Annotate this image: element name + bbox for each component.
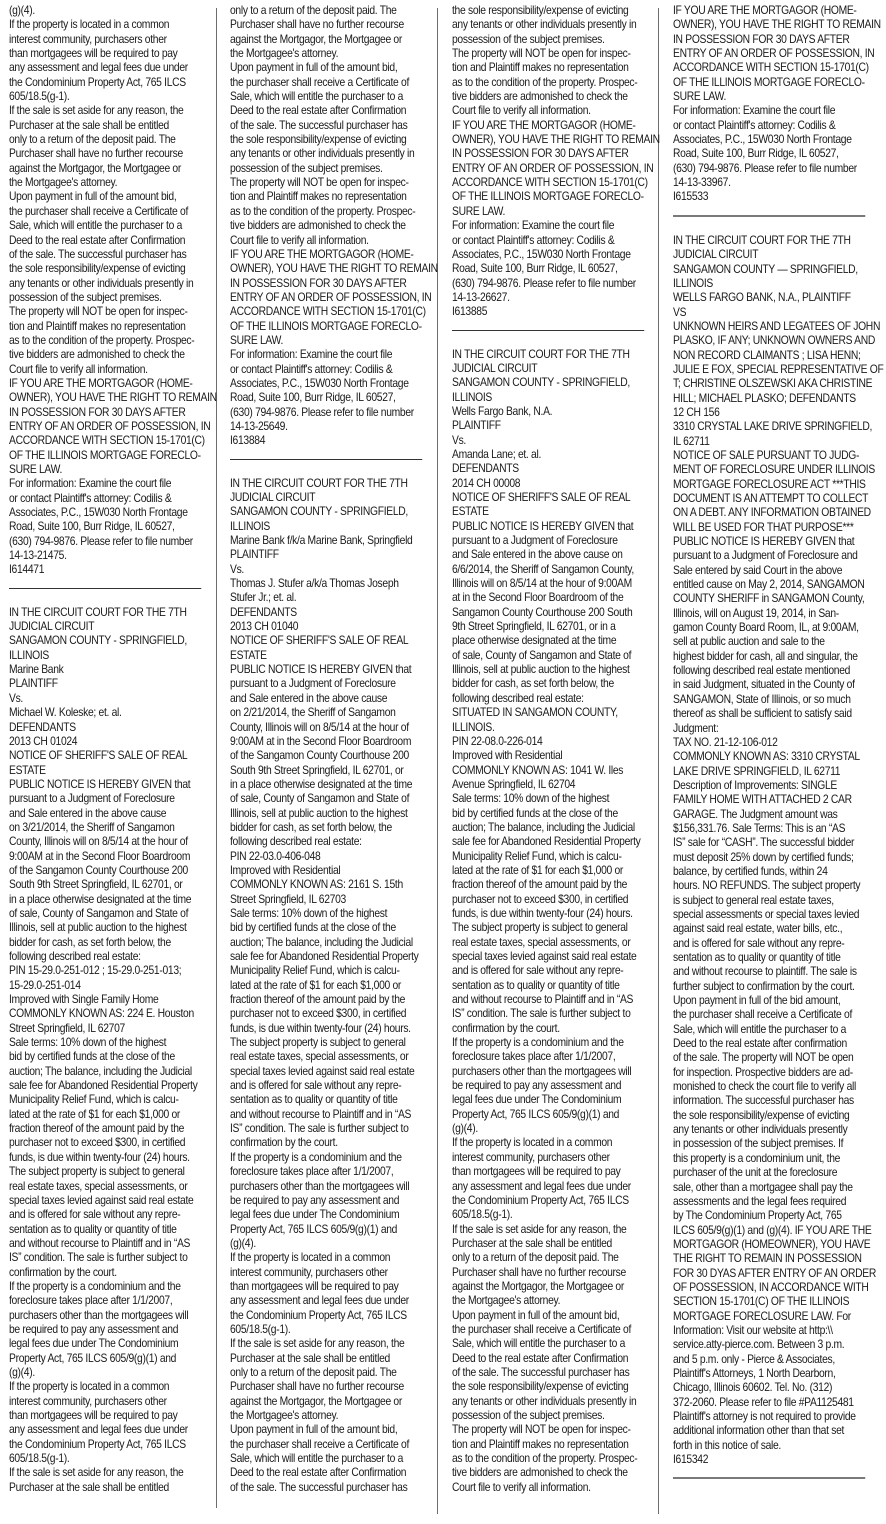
notice-text-line: purchaser not to exceed $300, in certifi… <box>230 1007 428 1021</box>
notice-text-line: IS” sale for “CASH”. The successful bidd… <box>673 836 872 850</box>
notice-text-line: For information: Examine the court file <box>673 104 872 118</box>
notice-text-line: sentation as to quality or quantity of t… <box>9 1223 207 1237</box>
notice-text-line: Upon payment in full of the amount bid, <box>230 61 428 75</box>
notice-text-line: lated at the rate of $1 for each $1,000 … <box>9 1108 207 1122</box>
notice-text-line: 3310 CRYSTAL LAKE DRIVE SPRINGFIELD, <box>673 420 872 434</box>
notice-text-line: Avenue Springfield, IL 62704 <box>452 778 650 792</box>
notice-text-line: funds, is due within twenty-four (24) ho… <box>452 907 650 921</box>
notice-text-line: WILL BE USED FOR THAT PURPOSE*** <box>673 521 872 535</box>
notice-text-line: Vs. <box>230 563 428 577</box>
notice-text-line: possession of the subject premises. <box>452 1409 650 1423</box>
notice-text-line: PIN 22-08.0-226-014 <box>452 735 650 749</box>
notice-text-line: IS” condition. The sale is further subje… <box>9 1251 207 1265</box>
notice-text-line: than mortgagees will be required to pay <box>452 1165 650 1179</box>
notice-text-line: ACCORDANCE WITH SECTION 15-1701(C) <box>9 434 207 448</box>
notice-text-line: purchasers other than the mortgagees wil… <box>452 1065 650 1079</box>
notice-text-line: sentation as to quality or quantity of t… <box>452 979 650 993</box>
notice-text-line: Description of Improvements: SINGLE <box>673 779 872 793</box>
notice-text-line: hours. NO REFUNDS. The subject property <box>673 879 872 893</box>
notice-text-line: SURE LAW. <box>230 334 428 348</box>
notice-text-line: ILLINOIS <box>452 391 650 405</box>
notice-text-line: Judgment: <box>673 722 872 736</box>
notice-text-line: by The Condominium Property Act, 765 <box>673 1209 872 1223</box>
notice-text-line: Court file to verify all information. <box>9 363 207 377</box>
notice-text-line: TAX NO. 21-12-106-012 <box>673 736 872 750</box>
notice-text-line: the sole responsibility/expense of evict… <box>9 262 207 276</box>
notice-text-line: the purchaser shall receive a Certificat… <box>230 1438 428 1452</box>
notice-text-line: the sole responsibility/expense of evict… <box>230 133 428 147</box>
notice-text-line: than mortgagees will be required to pay <box>230 1280 428 1294</box>
notice-text-line: sentation as to quality or quantity of t… <box>230 1093 428 1107</box>
notice-text-line: foreclosure takes place after 1/1/2007, <box>9 1294 207 1308</box>
notice-text-line: confirmation by the court. <box>9 1266 207 1280</box>
notice-text-line: this property is a condominium unit, the <box>673 1152 872 1166</box>
notice-text-line: against said real estate, water bills, e… <box>673 922 872 936</box>
notice-divider <box>9 588 201 589</box>
notice-text-line: Court file to verify all information. <box>452 104 650 118</box>
notice-text-line: Sale terms: 10% down of the highest <box>452 792 650 806</box>
notice-text-line: Amanda Lane; et. al. <box>452 448 650 462</box>
notice-text-line: or contact Plaintiff's attorney: Codilis… <box>452 234 650 248</box>
notice-text-line: Upon payment in full of the amount bid, <box>452 1309 650 1323</box>
notice-text-line: SITUATED IN SANGAMON COUNTY, <box>452 706 650 720</box>
notice-text-line: JUDICIAL CIRCUIT <box>230 491 428 505</box>
notice-text-line: NON RECORD CLAIMANTS ; LISA HENN; <box>673 349 872 363</box>
notice-text-line: Sale, which will entitle the purchaser t… <box>9 219 207 233</box>
notice-text-line: The property will NOT be open for inspec… <box>452 1423 650 1437</box>
notice-text-line: auction; The balance, including the Judi… <box>230 936 428 950</box>
notice-text-line: OWNER), YOU HAVE THE RIGHT TO REMAIN <box>452 133 650 147</box>
notice-text-line: The subject property is subject to gener… <box>230 1036 428 1050</box>
column-rule-3 <box>658 8 659 1514</box>
notice-text-line: against the Mortgagor, the Mortgagee or <box>230 1395 428 1409</box>
notice-text-line: Sale, which will entitle the purchaser t… <box>452 1337 650 1351</box>
notice-text-line: and without recourse to Plaintiff and in… <box>230 1108 428 1122</box>
notice-text-line: VS <box>673 306 872 320</box>
notice-text-line: of the sale. The property will NOT be op… <box>673 1051 872 1065</box>
notice-text-line: The property will NOT be open for inspec… <box>452 47 650 61</box>
notice-text-line: PLAINTIFF <box>452 419 650 433</box>
notice-text-line: ENTRY OF AN ORDER OF POSSESSION, IN <box>673 47 872 61</box>
notice-text-line: IF YOU ARE THE MORTGAGOR (HOME- <box>230 248 428 262</box>
notice-text-line: JUDICIAL CIRCUIT <box>452 362 650 376</box>
notice-text-line: Sale terms: 10% down of the highest <box>230 907 428 921</box>
notice-text-line: bid by certified funds at the close of t… <box>9 1050 207 1064</box>
notice-text-line: OF POSSESSION, IN ACCORDANCE WITH <box>673 1281 872 1295</box>
notice-text-line: I613885 <box>452 305 650 319</box>
notice-text-line: If the property is located in a common <box>230 1251 428 1265</box>
notice-text-line: 372-2060. Please refer to file #PA112548… <box>673 1396 872 1410</box>
notice-text-line: the purchaser shall receive a Certificat… <box>9 205 207 219</box>
notice-text-line: 6/6/2014, the Sheriff of Sangamon County… <box>452 563 650 577</box>
notice-text-line: and Sale entered in the above cause on <box>452 548 650 562</box>
notice-text-line: tive bidders are admonished to check the <box>452 1466 650 1480</box>
legal-notice: IN THE CIRCUIT COURT FOR THE 7THJUDICIAL… <box>230 477 428 1495</box>
notice-text-line: be required to pay any assessment and <box>9 1323 207 1337</box>
notice-text-line: T; CHRISTINE OLSZEWSKI AKA CHRISTINE <box>673 377 872 391</box>
notice-text-line: IN POSSESSION FOR 30 DAYS AFTER <box>230 277 428 291</box>
notice-text-line: Purchaser shall have no further recourse <box>230 1380 428 1394</box>
notice-text-line: If the property is a condominium and the <box>230 1151 428 1165</box>
notice-text-line: ENTRY OF AN ORDER OF POSSESSION, IN <box>452 162 650 176</box>
notice-text-line: Road, Suite 100, Burr Ridge, IL 60527, <box>230 391 428 405</box>
notice-text-line: PLASKO, IF ANY; UNKNOWN OWNERS AND <box>673 334 872 348</box>
notice-text-line: Stufer Jr.; et. al. <box>230 591 428 605</box>
notice-text-line: only to a return of the deposit paid. Th… <box>9 133 207 147</box>
notice-text-line: and is offered for sale without any repr… <box>452 964 650 978</box>
notice-text-line: and without recourse to Plaintiff and in… <box>9 1237 207 1251</box>
notice-text-line: any tenants or other individuals present… <box>452 18 650 32</box>
legal-notice-continuation: (g)(4).If the property is located in a c… <box>9 4 207 578</box>
notice-text-line: tion and Plaintiff makes no representati… <box>452 1438 650 1452</box>
notice-text-line: legal fees due under The Condominium <box>230 1208 428 1222</box>
notice-text-line: highest bidder for cash, all and singula… <box>673 650 872 664</box>
notice-text-line: ESTATE <box>230 649 428 663</box>
notice-text-line: The subject property is subject to gener… <box>9 1165 207 1179</box>
notice-text-line: COMMONLY KNOWN AS: 2161 S. 15th <box>230 878 428 892</box>
notice-text-line: Street Springfield, IL 62703 <box>230 893 428 907</box>
notice-text-line: Chicago, Illinois 60602. Tel. No. (312) <box>673 1381 872 1395</box>
notice-text-line: 14-13-26627. <box>452 291 650 305</box>
notice-text-line: purchaser not to exceed $300, in certifi… <box>452 893 650 907</box>
notice-text-line: IL 62711 <box>673 435 872 449</box>
notice-text-line: entitled cause on May 2, 2014, SANGAMON <box>673 578 872 592</box>
notice-text-line: 9:00AM at in the Second Floor Boardroom <box>9 850 207 864</box>
notice-text-line: as to the condition of the property. Pro… <box>452 1452 650 1466</box>
notice-text-line: any tenants or other individuals present… <box>452 1395 650 1409</box>
notice-text-line: Marine Bank <box>9 663 207 677</box>
notice-text-line: balance, by certified funds, within 24 <box>673 865 872 879</box>
notice-text-line: against the Mortgagor, the Mortgagee or <box>230 33 428 47</box>
notice-text-line: special taxes levied against said real e… <box>452 950 650 964</box>
notice-text-line: as to the condition of the property. Pro… <box>230 205 428 219</box>
notice-text-line: than mortgagees will be required to pay <box>9 47 207 61</box>
notice-text-line: 605/18.5(g-1). <box>452 1208 650 1222</box>
notice-text-line: If the sale is set aside for any reason,… <box>9 104 207 118</box>
notice-text-line: legal fees due under The Condominium <box>452 1093 650 1107</box>
notice-text-line: the purchaser shall receive a Certificat… <box>230 76 428 90</box>
notice-text-line: sentation as to quality or quantity of t… <box>673 951 872 965</box>
notice-text-line: than mortgagees will be required to pay <box>9 1409 207 1423</box>
notice-text-line: DEFENDANTS <box>230 606 428 620</box>
notice-text-line: Illinois, sell at public auction to the … <box>9 921 207 935</box>
notice-text-line: 12 CH 156 <box>673 406 872 420</box>
notice-text-line: $156,331.76. Sale Terms: This is an “AS <box>673 822 872 836</box>
notice-text-line: sale fee for Abandoned Residential Prope… <box>452 835 650 849</box>
notice-text-line: the sole responsibility/expense of evict… <box>673 1109 872 1123</box>
notice-text-line: any assessment and legal fees due under <box>230 1294 428 1308</box>
notice-text-line: (630) 794-9876. Please refer to file num… <box>9 535 207 549</box>
notice-text-line: of the sale. The successful purchaser ha… <box>9 248 207 262</box>
notice-text-line: of sale, County of Sangamon and State of <box>9 907 207 921</box>
notice-text-line: the purchaser shall receive a Certificat… <box>452 1323 650 1337</box>
notice-text-line: auction; The balance, including the Judi… <box>9 1065 207 1079</box>
notice-text-line: of the Sangamon County Courthouse 200 <box>230 749 428 763</box>
notice-text-line: and 5 p.m. only - Pierce & Associates, <box>673 1353 872 1367</box>
notice-text-line: COUNTY SHERIFF in SANGAMON County, <box>673 592 872 606</box>
notice-text-line: and Sale entered in the above cause <box>9 807 207 821</box>
notice-text-line: 2013 CH 01040 <box>230 620 428 634</box>
notice-text-line: as to the condition of the property. Pro… <box>452 76 650 90</box>
notice-text-line: possession of the subject premises. <box>452 33 650 47</box>
notice-text-line: the sole responsibility/expense of evict… <box>452 1380 650 1394</box>
notice-text-line: and is offered for sale without any repr… <box>673 937 872 951</box>
notice-text-line: Court file to verify all information. <box>452 1481 650 1495</box>
notice-text-line: SANGAMON COUNTY — SPRINGFIELD, <box>673 263 872 277</box>
notice-text-line: (g)(4). <box>9 4 207 18</box>
notice-text-line: 14-13-25649. <box>230 420 428 434</box>
notice-text-line: Property Act, 765 ILCS 605/9(g)(1) and <box>230 1223 428 1237</box>
notice-text-line: any tenants or other individuals present… <box>9 277 207 291</box>
notice-text-line: Purchaser shall have no further recourse <box>9 147 207 161</box>
notice-text-line: fraction thereof of the amount paid by t… <box>452 878 650 892</box>
notice-text-line: Improved with Residential <box>230 864 428 878</box>
notice-text-line: only to a return of the deposit paid. Th… <box>230 4 428 18</box>
notice-text-line: special taxes levied against said real e… <box>9 1194 207 1208</box>
notice-text-line: or contact Plaintiff's attorney: Codilis… <box>9 492 207 506</box>
notice-text-line: ENTRY OF AN ORDER OF POSSESSION, IN <box>9 420 207 434</box>
notice-text-line: DEFENDANTS <box>452 462 650 476</box>
notice-text-line: Deed to the real estate after Confirmati… <box>9 234 207 248</box>
notice-text-line: fraction thereof of the amount paid by t… <box>9 1122 207 1136</box>
notice-text-line: Deed to the real estate after Confirmati… <box>230 1466 428 1480</box>
notice-text-line: possession of the subject premises. <box>9 291 207 305</box>
notice-text-line: of the Sangamon County Courthouse 200 <box>9 864 207 878</box>
notice-text-line: following described real estate mentione… <box>673 664 872 678</box>
column-1: (g)(4).If the property is located in a c… <box>9 4 207 1495</box>
notice-text-line: the Condominium Property Act, 765 ILCS <box>452 1194 650 1208</box>
notice-text-line: the Mortgagee's attorney. <box>9 176 207 190</box>
notice-text-line: Purchaser at the sale shall be entitled <box>452 1237 650 1251</box>
notice-text-line: the purchaser shall receive a Certificat… <box>673 1008 872 1022</box>
notice-text-line: the Condominium Property Act, 765 ILCS <box>230 1309 428 1323</box>
notice-text-line: (g)(4). <box>230 1237 428 1251</box>
notice-text-line: South 9th Street Springfield, IL 62701, … <box>9 878 207 892</box>
notice-divider <box>230 459 422 460</box>
notice-text-line: If the property is located in a common <box>452 1136 650 1150</box>
notice-text-line: IF YOU ARE THE MORTGAGOR (HOME- <box>673 4 872 18</box>
notice-text-line: If the property is located in a common <box>9 1380 207 1394</box>
notice-text-line: If the sale is set aside for any reason,… <box>9 1466 207 1480</box>
notice-text-line: real estate taxes, special assessments, … <box>230 1050 428 1064</box>
notice-text-line: IS” condition. The sale is further subje… <box>230 1122 428 1136</box>
notice-text-line: Municipality Relief Fund, which is calcu… <box>9 1093 207 1107</box>
notice-text-line: Sale entered by said Court in the above <box>673 564 872 578</box>
legal-notices-page: (g)(4).If the property is located in a c… <box>0 0 886 1524</box>
notice-text-line: any assessment and legal fees due under <box>9 1423 207 1437</box>
notice-text-line: OF THE ILLINOIS MORTGAGE FORECLO- <box>673 76 872 90</box>
notice-text-line: Thomas J. Stufer a/k/a Thomas Joseph <box>230 577 428 591</box>
notice-text-line: 2014 CH 00008 <box>452 477 650 491</box>
notice-text-line: Municipality Relief Fund, which is calcu… <box>452 850 650 864</box>
notice-text-line: IN THE CIRCUIT COURT FOR THE 7TH <box>9 606 207 620</box>
notice-text-line: 605/18.5(g-1). <box>230 1323 428 1337</box>
notice-text-line: DEFENDANTS <box>9 721 207 735</box>
notice-text-line: only to a return of the deposit paid. Th… <box>230 1366 428 1380</box>
notice-text-line: For information: Examine the court file <box>230 348 428 362</box>
notice-text-line: 14-13-33967. <box>673 176 872 190</box>
column-4: IF YOU ARE THE MORTGAGOR (HOME-OWNER), Y… <box>673 4 872 1496</box>
legal-notice-continuation: the sole responsibility/expense of evict… <box>452 4 650 320</box>
legal-notice: IN THE CIRCUIT COURT FOR THE 7THJUDICIAL… <box>673 234 872 1468</box>
notice-text-line: or contact Plaintiff's attorney: Codilis… <box>673 119 872 133</box>
notice-text-line: on 3/21/2014, the Sheriff of Sangamon <box>9 821 207 835</box>
notice-text-line: IN THE CIRCUIT COURT FOR THE 7TH <box>673 234 872 248</box>
notice-text-line: FOR 30 DYAS AFTER ENTRY OF AN ORDER <box>673 1267 872 1281</box>
notice-text-line: bid by certified funds at the close of t… <box>230 921 428 935</box>
notice-text-line: Property Act, 765 ILCS 605/9(g)(1) and <box>452 1108 650 1122</box>
notice-text-line: auction; The balance, including the Judi… <box>452 821 650 835</box>
notice-text-line: Associates, P.C., 15W030 North Frontage <box>9 506 207 520</box>
notice-text-line: Sale terms: 10% down of the highest <box>9 1036 207 1050</box>
notice-text-line: Deed to the real estate after confirmati… <box>673 1037 872 1051</box>
notice-text-line: NOTICE OF SALE PURSUANT TO JUDG- <box>673 449 872 463</box>
notice-text-line: Associates, P.C., 15W030 North Frontage <box>452 248 650 262</box>
notice-text-line: 2013 CH 01024 <box>9 735 207 749</box>
notice-text-line: LAKE DRIVE SPRINGFIELD, IL 62711 <box>673 765 872 779</box>
notice-text-line: OF THE ILLINOIS MORTGAGE FORECLO- <box>452 190 650 204</box>
notice-text-line: lated at the rate of $1 for each $1,000 … <box>452 864 650 878</box>
notice-text-line: MORTGAGOR (HOMEOWNER), YOU HAVE <box>673 1238 872 1252</box>
notice-text-line: I615342 <box>673 1453 872 1467</box>
notice-text-line: County, Illinois will on 8/5/14 at the h… <box>9 835 207 849</box>
notice-divider <box>673 1477 865 1479</box>
notice-text-line: or contact Plaintiff's attorney: Codilis… <box>230 363 428 377</box>
notice-text-line: Purchaser shall have no further recourse <box>230 18 428 32</box>
notice-text-line: ILLINOIS <box>230 520 428 534</box>
notice-text-line: Plaintiff's attorney is not required to … <box>673 1410 872 1424</box>
notice-text-line: on 2/21/2014, the Sheriff of Sangamon <box>230 706 428 720</box>
notice-text-line: (630) 794-9876. Please refer to file num… <box>452 277 650 291</box>
notice-text-line: funds, is due within twenty-four (24) ho… <box>230 1022 428 1036</box>
notice-text-line: (630) 794-9876. Please refer to file num… <box>673 162 872 176</box>
notice-text-line: pursuant to a Judgment of Foreclosure an… <box>673 549 872 563</box>
legal-notice-continuation: only to a return of the deposit paid. Th… <box>230 4 428 449</box>
notice-text-line: (g)(4). <box>9 1366 207 1380</box>
notice-text-line: I615533 <box>673 190 872 204</box>
notice-text-line: 9:00AM at in the Second Floor Boardroom <box>230 735 428 749</box>
notice-text-line: following described real estate: <box>230 835 428 849</box>
notice-text-line: If the property is located in a common <box>9 18 207 32</box>
notice-text-line: Improved with Residential <box>452 749 650 763</box>
notice-text-line: JUDICIAL CIRCUIT <box>9 620 207 634</box>
notice-text-line: Purchaser at the sale shall be entitled <box>230 1352 428 1366</box>
notice-text-line: The subject property is subject to gener… <box>452 921 650 935</box>
notice-text-line: Illinois, sell at public auction to the … <box>230 807 428 821</box>
notice-text-line: of sale, County of Sangamon and State of <box>230 792 428 806</box>
notice-text-line: in a place otherwise designated at the t… <box>9 893 207 907</box>
notice-text-line: ILLINOIS <box>673 277 872 291</box>
notice-text-line: bidder for cash, as set forth below, the <box>230 821 428 835</box>
notice-text-line: County, Illinois will on 8/5/14 at the h… <box>230 721 428 735</box>
notice-text-line: IN POSSESSION FOR 30 DAYS AFTER <box>673 33 872 47</box>
notice-text-line: 605/18.5(g-1). <box>9 90 207 104</box>
notice-text-line: THE RIGHT TO REMAIN IN POSSESSION <box>673 1252 872 1266</box>
notice-text-line: be required to pay any assessment and <box>230 1194 428 1208</box>
notice-text-line: the Mortgagee's attorney. <box>452 1294 650 1308</box>
notice-text-line: For information: Examine the court file <box>9 477 207 491</box>
notice-text-line: WELLS FARGO BANK, N.A., PLAINTIFF <box>673 291 872 305</box>
notice-text-line: If the sale is set aside for any reason,… <box>230 1337 428 1351</box>
notice-text-line: Improved with Single Family Home <box>9 993 207 1007</box>
notice-text-line: COMMONLY KNOWN AS: 3310 CRYSTAL <box>673 750 872 764</box>
notice-text-line: bid by certified funds at the close of t… <box>452 807 650 821</box>
notice-text-line: (630) 794-9876. Please refer to file num… <box>230 406 428 420</box>
notice-text-line: ILLINOIS <box>9 649 207 663</box>
notice-text-line: the Mortgagee's attorney. <box>230 47 428 61</box>
notice-text-line: any tenants or other individuals present… <box>673 1123 872 1137</box>
notice-text-line: ACCORDANCE WITH SECTION 15-1701(C) <box>230 305 428 319</box>
notice-text-line: real estate taxes, special assessments, … <box>452 936 650 950</box>
notice-text-line: Upon payment in full of the amount bid, <box>230 1423 428 1437</box>
notice-text-line: following described real estate: <box>9 950 207 964</box>
notice-text-line: SANGAMON COUNTY - SPRINGFIELD, <box>9 634 207 648</box>
notice-text-line: PIN 15-29.0-251-012 ; 15-29.0-251-013; <box>9 964 207 978</box>
notice-text-line: in a place otherwise designated at the t… <box>230 778 428 792</box>
notice-text-line: SURE LAW. <box>452 205 650 219</box>
notice-text-line: Associates, P.C., 15W030 North Frontage <box>230 377 428 391</box>
notice-text-line: Purchaser at the sale shall be entitled <box>9 1481 207 1495</box>
notice-text-line: thereof as shall be sufficient to satisf… <box>673 707 872 721</box>
notice-text-line: assessments and the legal fees required <box>673 1195 872 1209</box>
notice-text-line: interest community, purchasers other <box>9 33 207 47</box>
notice-text-line: foreclosure takes place after 1/1/2007, <box>452 1050 650 1064</box>
notice-text-line: OF THE ILLINOIS MORTGAGE FORECLO- <box>9 449 207 463</box>
notice-text-line: Purchaser shall have no further recourse <box>452 1266 650 1280</box>
notice-text-line: FAMILY HOME WITH ATTACHED 2 CAR <box>673 793 872 807</box>
notice-text-line: I613884 <box>230 434 428 448</box>
notice-text-line: PUBLIC NOTICE IS HEREBY GIVEN that <box>230 663 428 677</box>
notice-text-line: confirmation by the court. <box>230 1136 428 1150</box>
notice-text-line: If the sale is set aside for any reason,… <box>452 1223 650 1237</box>
notice-text-line: funds, is due within twenty-four (24) ho… <box>9 1151 207 1165</box>
legal-notice-continuation: IF YOU ARE THE MORTGAGOR (HOME-OWNER), Y… <box>673 4 872 205</box>
notice-text-line: OWNER), YOU HAVE THE RIGHT TO REMAIN <box>673 18 872 32</box>
notice-text-line: tion and Plaintiff makes no representati… <box>230 190 428 204</box>
notice-text-line: PIN 22-03.0-406-048 <box>230 850 428 864</box>
legal-notice: IN THE CIRCUIT COURT FOR THE 7THJUDICIAL… <box>452 348 650 1496</box>
notice-text-line: monished to check the court file to veri… <box>673 1080 872 1094</box>
notice-text-line: Wells Fargo Bank, N.A. <box>452 405 650 419</box>
notice-text-line: Sale, which will entitle the purchaser t… <box>230 1452 428 1466</box>
column-rule-1 <box>216 8 217 1508</box>
notice-text-line: tion and Plaintiff makes no representati… <box>9 320 207 334</box>
notice-text-line: GARAGE. The Judgment amount was <box>673 808 872 822</box>
notice-text-line: possession of the subject premises. <box>230 162 428 176</box>
notice-text-line: ESTATE <box>9 764 207 778</box>
notice-text-line: Michael W. Koleske; et. al. <box>9 706 207 720</box>
notice-text-line: If the property is a condominium and the <box>452 1036 650 1050</box>
notice-text-line: COMMONLY KNOWN AS: 1041 W. Iles <box>452 764 650 778</box>
notice-text-line: OWNER), YOU HAVE THE RIGHT TO REMAIN <box>230 262 428 276</box>
notice-text-line: place otherwise designated at the time <box>452 634 650 648</box>
notice-text-line: UNKNOWN HEIRS AND LEGATEES OF JOHN <box>673 320 872 334</box>
notice-text-line: IN POSSESSION FOR 30 DAYS AFTER <box>452 147 650 161</box>
notice-text-line: Deed to the real estate after Confirmati… <box>452 1352 650 1366</box>
notice-text-line: special taxes levied against said real e… <box>230 1065 428 1079</box>
notice-text-line: tive bidders are admonished to check the <box>452 90 650 104</box>
notice-text-line: If the property is a condominium and the <box>9 1280 207 1294</box>
notice-text-line: of the sale. The successful purchaser ha… <box>230 1481 428 1495</box>
notice-text-line: IN POSSESSION FOR 30 DAYS AFTER <box>9 406 207 420</box>
notice-text-line: at in the Second Floor Boardroom of the <box>452 591 650 605</box>
legal-notice: IN THE CIRCUIT COURT FOR THE 7THJUDICIAL… <box>9 606 207 1495</box>
notice-text-line: ILCS 605/9(g)(1) and (g)(4). IF YOU ARE … <box>673 1224 872 1238</box>
notice-text-line: any assessment and legal fees due under <box>452 1180 650 1194</box>
notice-text-line: PUBLIC NOTICE IS HEREBY GIVEN that <box>673 535 872 549</box>
notice-text-line: and is offered for sale without any repr… <box>9 1208 207 1222</box>
notice-text-line: NOTICE OF SHERIFF'S SALE OF REAL <box>452 491 650 505</box>
